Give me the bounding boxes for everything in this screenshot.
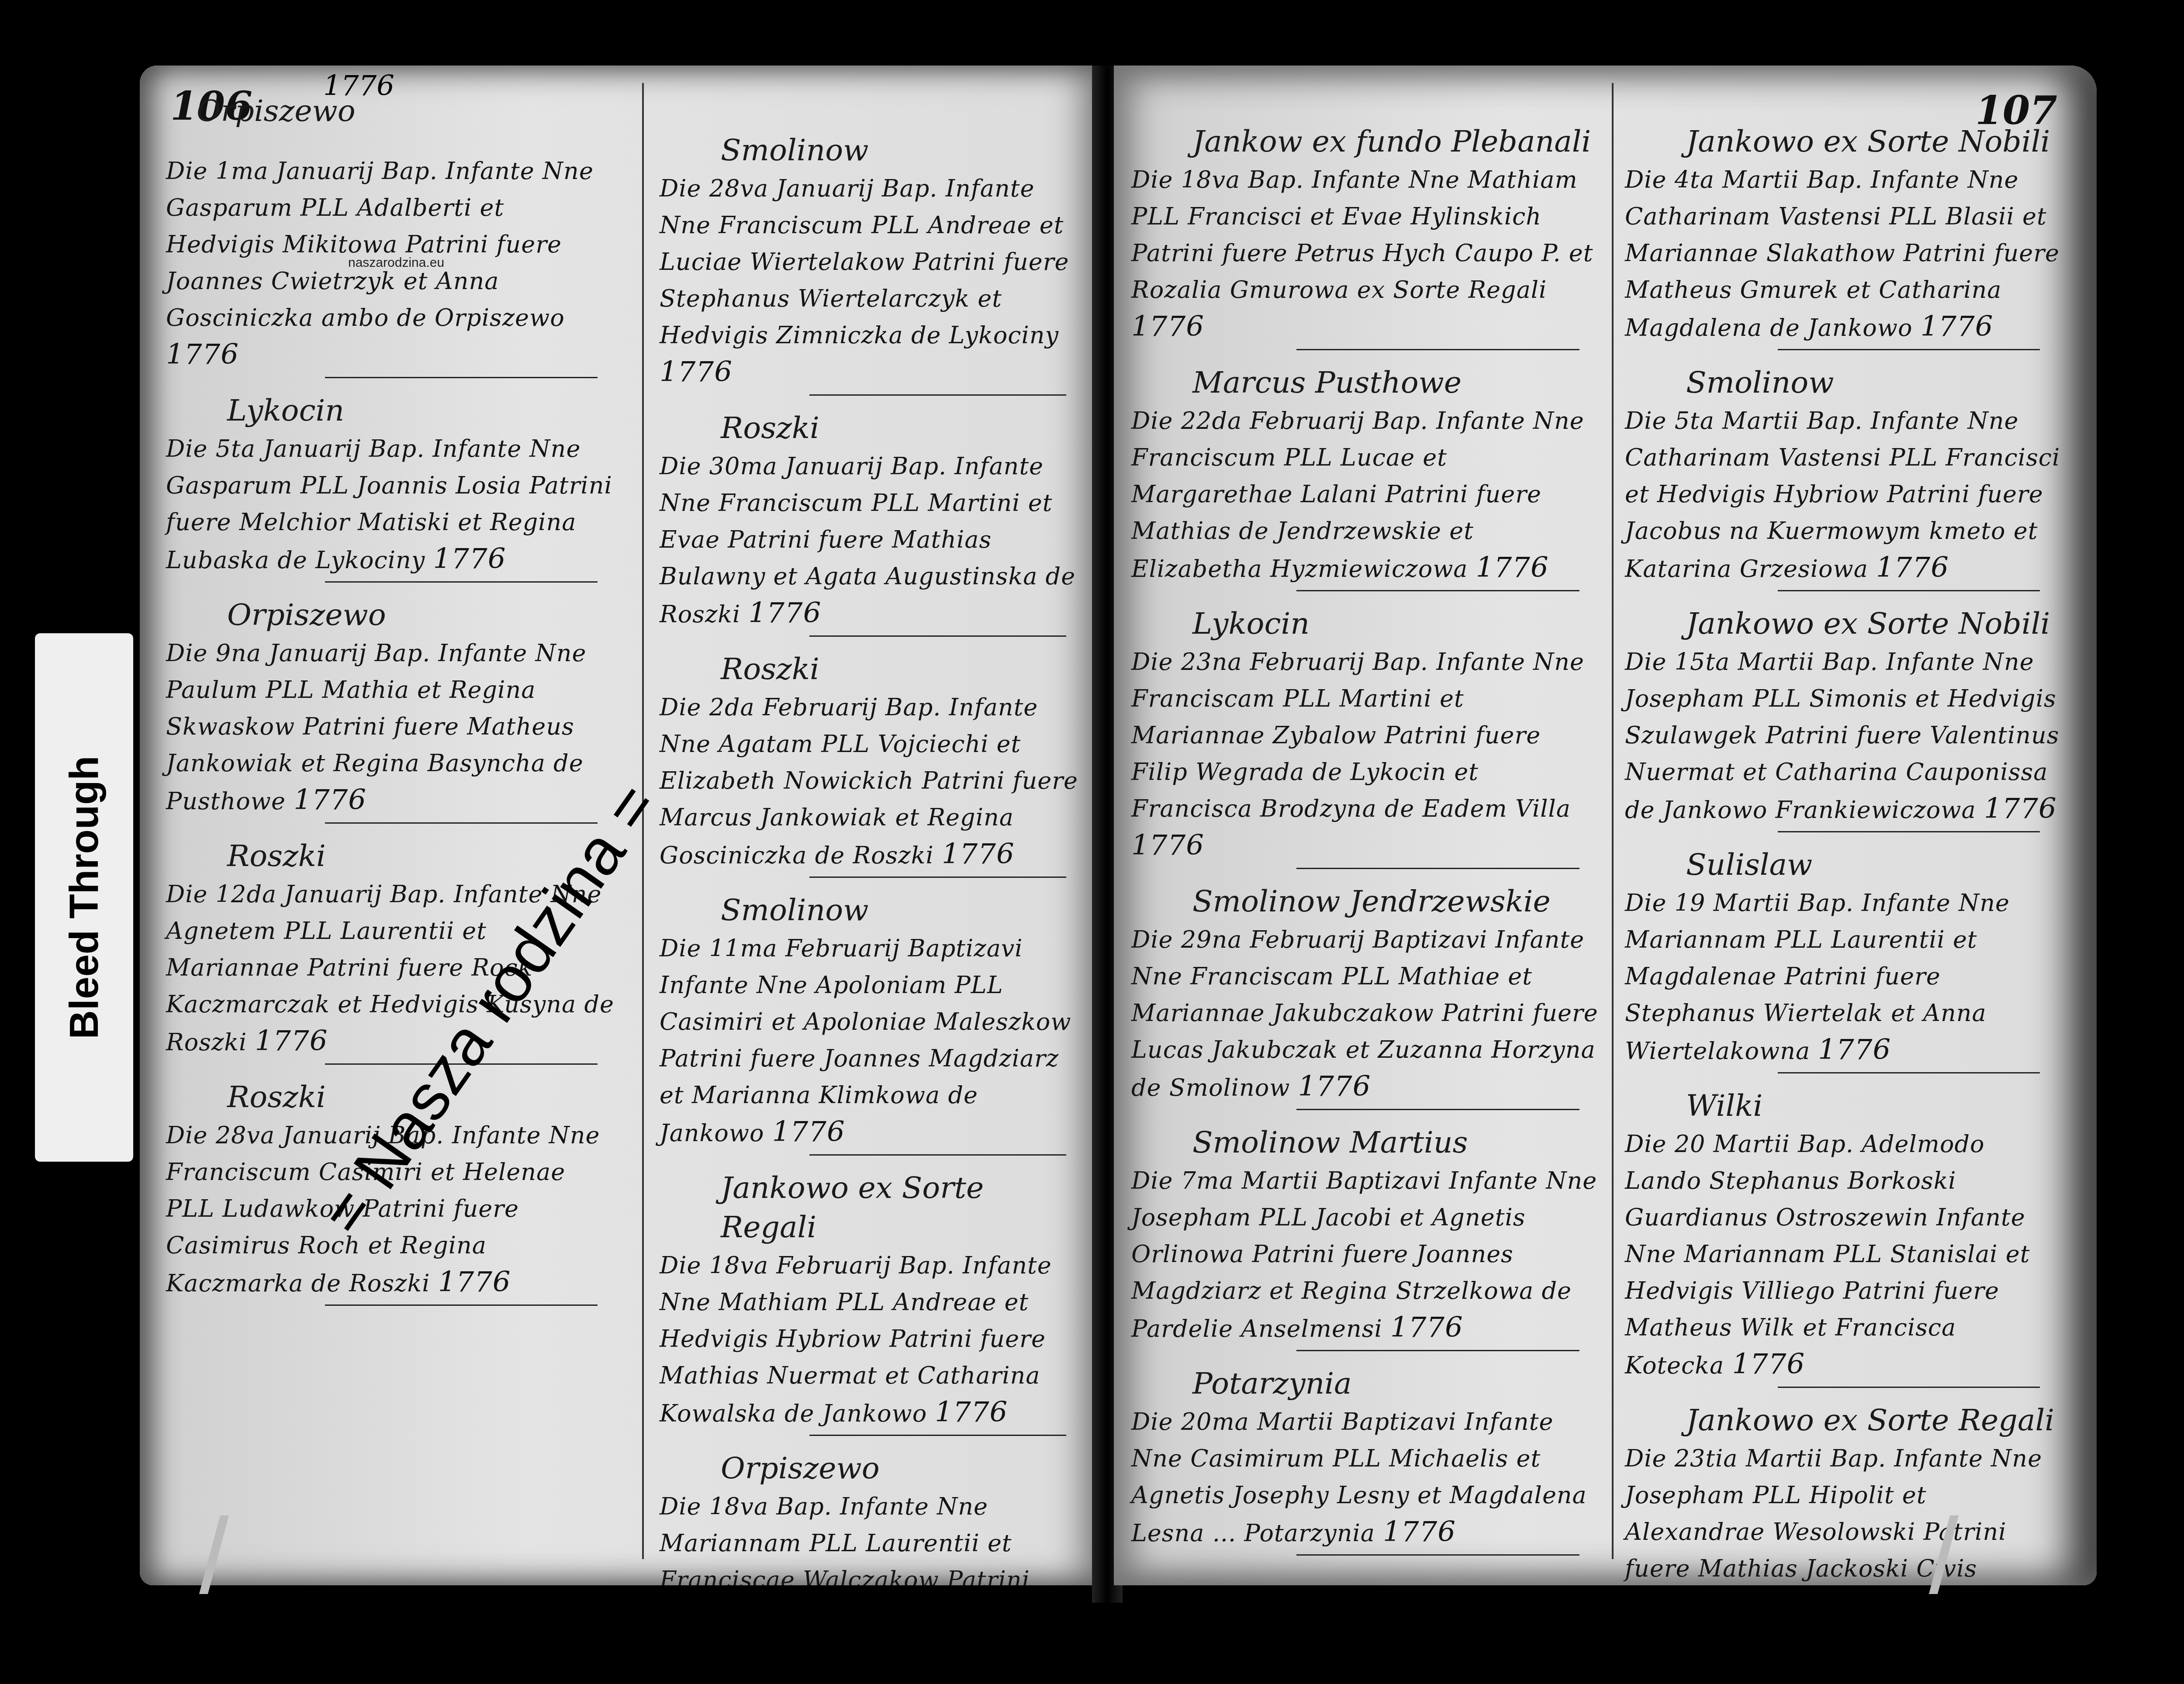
- entry-place: Smolinow Jendrzewskie: [1131, 882, 1603, 921]
- open-register-book: 106 Orpiszewo 1776 Die 1ma Januarij Bap.…: [114, 66, 2123, 1620]
- entry-text: Die 7ma Martii Baptizavi Infante Nne Jos…: [1131, 1163, 1603, 1347]
- register-entry: LykocinDie 5ta Januarij Bap. Infante Nne…: [166, 391, 620, 583]
- register-entry: Smolinow JendrzewskieDie 29na Februarij …: [1131, 882, 1603, 1110]
- entry-text: Die 23tia Martii Bap. Infante Nne Joseph…: [1625, 1440, 2062, 1585]
- entry-text: Die 18va Februarij Bap. Infante Nne Math…: [660, 1247, 1088, 1432]
- entry-text: Die 2da Februarij Bap. Infante Nne Agata…: [660, 689, 1088, 874]
- entry-text: Die 20ma Martii Baptizavi Infante Nne Ca…: [1131, 1404, 1603, 1552]
- entry-text: Die 18va Bap. Infante Nne Mathiam PLL Fr…: [1131, 162, 1603, 346]
- register-entry: Jankowo ex Sorte NobiliDie 15ta Martii B…: [1625, 604, 2062, 832]
- entry-place: Roszki: [660, 650, 1088, 689]
- column-divider: [1612, 83, 1614, 1559]
- entry-place: Smolinow Martius: [1131, 1123, 1603, 1163]
- entry-year: 1776: [294, 784, 366, 816]
- entry-divider: [809, 1435, 1066, 1436]
- bleed-through-text: Bleed Through: [61, 756, 107, 1039]
- entry-year: 1776: [1984, 793, 2057, 825]
- entry-year: 1776: [1131, 311, 1204, 343]
- entry-divider: [1778, 1072, 2040, 1073]
- right-page: 107 Jankow ex fundo PlebanaliDie 18va Ba…: [1114, 66, 2097, 1585]
- entry-year: 1776: [749, 597, 822, 629]
- register-entry: OrpiszewoDie 18va Bap. Infante Nne Maria…: [660, 1449, 1088, 1585]
- right-column-2: Jankowo ex Sorte NobiliDie 4ta Martii Ba…: [1625, 122, 2062, 1585]
- bleed-through-label: Bleed Through: [35, 633, 133, 1162]
- entry-place: Lykocin: [166, 391, 620, 431]
- left-page-header-year: 1776: [323, 70, 394, 102]
- entry-divider: [809, 394, 1066, 396]
- entry-divider: [809, 1154, 1066, 1156]
- entry-year: 1776: [1732, 1348, 1805, 1380]
- entry-place: Wilki: [1625, 1087, 2062, 1126]
- entry-divider: [1778, 1387, 2040, 1388]
- entry-place: Smolinow: [1625, 363, 2062, 403]
- entry-place: Jankowo ex Sorte Regali: [660, 1169, 1088, 1247]
- entry-text: Die 5ta Martii Bap. Infante Nne Catharin…: [1625, 403, 2062, 587]
- entry-year: 1776: [942, 838, 1015, 870]
- entry-place: Orpiszewo: [166, 596, 620, 635]
- entry-text: Die 9na Januarij Bap. Infante Nne Paulum…: [166, 635, 620, 820]
- entry-divider: [325, 581, 598, 583]
- entry-text: Die 22da Februarij Bap. Infante Nne Fran…: [1131, 403, 1603, 587]
- entry-place: Jankowo ex Sorte Nobili: [1625, 122, 2062, 162]
- entry-year: 1776: [1476, 552, 1549, 584]
- entry-year: 1776: [1390, 1311, 1463, 1344]
- entry-divider: [1296, 349, 1579, 350]
- entry-place: Sulislaw: [1625, 845, 2062, 885]
- entry-year: 1776: [1876, 552, 1949, 584]
- entry-text: Die 11ma Februarij Baptizavi Infante Nne…: [660, 930, 1088, 1152]
- entry-year: 1776: [1131, 829, 1204, 862]
- entry-divider: [1778, 831, 2040, 832]
- entry-divider: [1296, 868, 1579, 869]
- register-entry: RoszkiDie 30ma Januarij Bap. Infante Nne…: [660, 409, 1088, 637]
- register-entry: SmolinowDie 28va Januarij Bap. Infante N…: [660, 131, 1088, 396]
- right-column-1: Jankow ex fundo PlebanaliDie 18va Bap. I…: [1131, 122, 1603, 1585]
- entry-place: Jankowo ex Sorte Nobili: [1625, 604, 2062, 644]
- entry-text: Die 30ma Januarij Bap. Infante Nne Franc…: [660, 448, 1088, 633]
- entry-text: Die 23na Februarij Bap. Infante Nne Fran…: [1131, 644, 1603, 865]
- entry-year: 1776: [660, 356, 733, 388]
- entry-divider: [1296, 590, 1579, 591]
- entry-year: 1776: [1383, 1516, 1456, 1548]
- entry-text: Die 20 Martii Bap. Adelmodo Lando Stepha…: [1625, 1126, 2062, 1384]
- register-entry: SmolinowDie 11ma Februarij Baptizavi Inf…: [660, 891, 1088, 1156]
- entry-place: Jankow ex fundo Plebanali: [1131, 122, 1603, 162]
- register-entry: RoszkiDie 2da Februarij Bap. Infante Nne…: [660, 650, 1088, 878]
- entry-year: 1776: [1921, 311, 1994, 343]
- entry-divider: [1296, 1554, 1579, 1556]
- entry-text: Die 18va Bap. Infante Nne Mariannam PLL …: [660, 1488, 1088, 1585]
- entry-place: Marcus Pusthowe: [1131, 363, 1603, 403]
- entry-place: Lykocin: [1131, 604, 1603, 644]
- entry-divider: [1296, 1350, 1579, 1351]
- entry-place: Smolinow: [660, 891, 1088, 930]
- entry-year: 1776: [1818, 1034, 1891, 1066]
- entry-divider: [325, 1304, 598, 1306]
- entry-divider: [1778, 349, 2040, 350]
- entry-year: 1776: [433, 543, 506, 575]
- register-entry: PotarzyniaDie 20ma Martii Baptizavi Infa…: [1131, 1364, 1603, 1556]
- entry-text: Die 19 Martii Bap. Infante Nne Mariannam…: [1625, 885, 2062, 1070]
- register-entry: WilkiDie 20 Martii Bap. Adelmodo Lando S…: [1625, 1087, 2062, 1388]
- register-entry: Jankowo ex Sorte RegaliDie 18va Februari…: [660, 1169, 1088, 1436]
- register-entry: Jankowo ex Sorte RegaliDie 23tia Martii …: [1625, 1401, 2062, 1585]
- entry-text: Die 29na Februarij Baptizavi Infante Nne…: [1131, 921, 1603, 1106]
- register-entry: Jankow ex fundo PlebanaliDie 18va Bap. I…: [1131, 122, 1603, 350]
- entry-text: Die 5ta Januarij Bap. Infante Nne Gaspar…: [166, 431, 620, 579]
- entry-text: Die 28va Januarij Bap. Infante Nne Franc…: [660, 170, 1088, 392]
- entry-place: Jankowo ex Sorte Regali: [1625, 1401, 2062, 1440]
- entry-divider: [1778, 590, 2040, 591]
- entry-place: Roszki: [660, 409, 1088, 448]
- entry-divider: [325, 822, 598, 824]
- entry-text: Die 4ta Martii Bap. Infante Nne Catharin…: [1625, 162, 2062, 346]
- entry-divider: [809, 877, 1066, 878]
- entry-year: 1776: [438, 1266, 511, 1298]
- entry-place: Potarzynia: [1131, 1364, 1603, 1404]
- register-entry: Jankowo ex Sorte NobiliDie 4ta Martii Ba…: [1625, 122, 2062, 350]
- register-entry: Marcus PusthoweDie 22da Februarij Bap. I…: [1131, 363, 1603, 591]
- watermark-url: naszarodzina.eu: [348, 255, 444, 270]
- register-entry: SmolinowDie 5ta Martii Bap. Infante Nne …: [1625, 363, 2062, 591]
- left-column-2: SmolinowDie 28va Januarij Bap. Infante N…: [660, 131, 1088, 1585]
- entry-divider: [325, 377, 598, 378]
- entry-year: 1776: [166, 338, 239, 371]
- register-entry: LykocinDie 23na Februarij Bap. Infante N…: [1131, 604, 1603, 869]
- entry-year: 1776: [772, 1116, 845, 1148]
- register-entry: OrpiszewoDie 9na Januarij Bap. Infante N…: [166, 596, 620, 824]
- entry-place: Smolinow: [660, 131, 1088, 170]
- entry-divider: [809, 635, 1066, 637]
- register-entry: SulislawDie 19 Martii Bap. Infante Nne M…: [1625, 845, 2062, 1073]
- entry-divider: [1296, 1109, 1579, 1110]
- entry-place: Orpiszewo: [660, 1449, 1088, 1488]
- entry-year: 1776: [1298, 1070, 1371, 1103]
- entry-year: 1776: [255, 1025, 328, 1057]
- entry-year: 1776: [935, 1396, 1008, 1429]
- entry-text: Die 15ta Martii Bap. Infante Nne Josepha…: [1625, 644, 2062, 828]
- register-entry: Smolinow MartiusDie 7ma Martii Baptizavi…: [1131, 1123, 1603, 1351]
